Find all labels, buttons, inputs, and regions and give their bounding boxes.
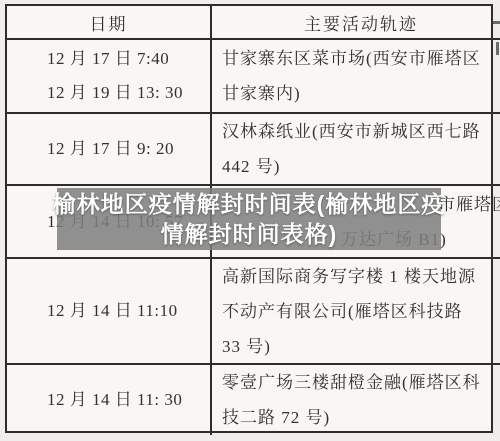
date-line: 12 月 14 日 11: 30 [47,383,210,417]
header-date-label: 日期 [90,10,128,35]
activity-line: 甘家寨东区菜市场(西安市雁塔区 [222,41,500,76]
activity-line: 汉林森纸业(西安市新城区西七路 [222,114,500,149]
table-row-5-activity: 零壹广场三楼甜橙金融(雁塔区科 技二路 72 号) [212,365,500,435]
table-row-1-activity: 甘家寨东区菜市场(西安市雁塔区 甘家寨内) [212,40,500,114]
activity-line-partial: 市雁塔区 [438,187,500,222]
table-header-date: 日期 [7,6,212,40]
table-row-1-date: 12 月 17 日 7:40 12 月 19 日 13: 30 [7,40,212,114]
activity-line: 零壹广场三楼甜橙金融(雁塔区科 [222,365,500,400]
date-line: 12 月 14 日 11:10 [47,294,210,328]
table-row-2-date: 12 月 17 日 9: 20 [7,114,212,186]
table-row-5-date: 12 月 14 日 11: 30 [7,365,212,435]
activity-line: 高新国际商务写字楼 1 楼天地源 [222,259,500,294]
table-row-4-activity: 高新国际商务写字楼 1 楼天地源 不动产有限公司(雁塔区科技路 33 号) [212,259,500,365]
activity-line: 442 号) [222,149,500,184]
activity-line: 33 号) [222,329,500,364]
date-line: 12 月 17 日 7:40 [47,42,210,76]
date-line: 12 月 19 日 13: 30 [47,76,210,110]
scan-artifact-tick [496,42,499,55]
activity-line: 技二路 72 号) [222,400,500,435]
table-row-2-activity: 汉林森纸业(西安市新城区西七路 442 号) [212,114,500,186]
watermark-title-banner: 榆林地区疫情解封时间表(榆林地区疫 情解封时间表格) [57,188,441,250]
watermark-title-line-1: 榆林地区疫情解封时间表(榆林地区疫 [53,189,446,219]
table-header-activity: 主要活动轨迹 [212,6,500,40]
table-row-4-date: 12 月 14 日 11:10 [7,259,212,365]
activity-line: 甘家寨内) [222,76,500,111]
header-activity-label: 主要活动轨迹 [304,10,418,35]
activity-line: 不动产有限公司(雁塔区科技路 [222,294,500,329]
date-line: 12 月 17 日 9: 20 [47,132,210,166]
scan-artifact-dash [493,21,500,24]
watermark-title-line-2: 情解封时间表格) [161,219,338,249]
